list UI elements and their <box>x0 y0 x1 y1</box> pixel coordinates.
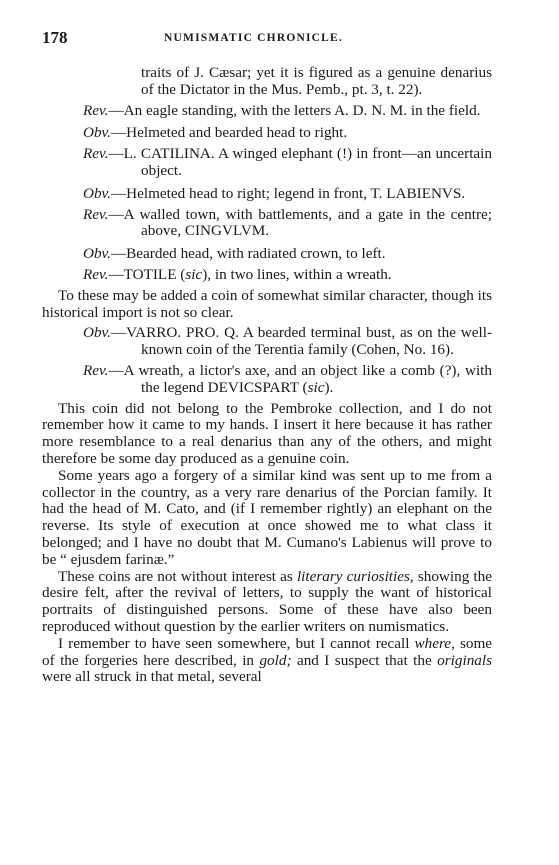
coin-entry: Rev.—L. CATILINA. A winged elephant (!) … <box>42 146 492 180</box>
paragraph: These coins are not without interest as … <box>42 569 492 636</box>
paragraph: I remember to have seen somewhere, but I… <box>42 636 492 686</box>
coin-entry: Obv.—VARRO. PRO. Q. A bearded terminal b… <box>42 325 492 359</box>
paragraph: This coin did not belong to the Pembroke… <box>42 401 492 468</box>
entry-text: ). <box>324 379 333 396</box>
italic-phrase: gold; <box>259 652 291 669</box>
page-body: traits of J. Cæsar; yet it is figured as… <box>42 65 492 686</box>
paragraph-text: were all struck in that metal, several <box>42 668 262 685</box>
paragraph: Some years ago a forgery of a similar ki… <box>42 468 492 569</box>
paragraph-text: These coins are not without interest as <box>58 568 297 585</box>
entry-text: —A walled town, with battlements, and a … <box>108 206 492 240</box>
entry-text: —Bearded head, with radiated crown, to l… <box>111 245 386 262</box>
entry-label: Rev. <box>83 362 108 379</box>
page-header: 178 NUMISMATIC CHRONICLE. <box>42 28 492 48</box>
entry-label: Obv. <box>83 185 111 202</box>
sic-italic: sic <box>185 266 202 283</box>
entry-label: Rev. <box>83 266 108 283</box>
entry-label: Rev. <box>83 145 108 162</box>
continuation-text: traits of J. Cæsar; yet it is figured as… <box>42 65 492 99</box>
coin-entry: Obv.—Bearded head, with radiated crown, … <box>42 246 492 263</box>
sic-italic: sic <box>308 379 325 396</box>
coin-entry: Obv.—Helmeted and bearded head to right. <box>42 125 492 142</box>
entry-label: Obv. <box>83 324 111 341</box>
entry-text: ), in two lines, within a wreath. <box>202 266 391 283</box>
coin-entry: Rev.—An eagle standing, with the letters… <box>42 103 492 120</box>
italic-phrase: where <box>415 635 452 652</box>
entry-text: —Helmeted and bearded head to right. <box>111 124 347 141</box>
entry-text: —A wreath, a lictor's axe, and an object… <box>108 362 492 396</box>
entry-text: —Helmeted head to right; legend in front… <box>111 185 465 202</box>
coin-entry: Rev.—A walled town, with battlements, an… <box>42 207 492 241</box>
coin-entry: Rev.—TOTILE (sic), in two lines, within … <box>42 267 492 284</box>
entry-label: Obv. <box>83 245 111 262</box>
page-number: 178 <box>42 28 68 48</box>
coin-entry: Rev.—A wreath, a lictor's axe, and an ob… <box>42 363 492 397</box>
entry-label: Obv. <box>83 124 111 141</box>
entry-text: —TOTILE ( <box>108 266 185 283</box>
paragraph-text: and I suspect that the <box>292 652 438 669</box>
coin-entry: Obv.—Helmeted head to right; legend in f… <box>42 186 492 203</box>
running-title: NUMISMATIC CHRONICLE. <box>164 32 343 44</box>
book-page: 178 NUMISMATIC CHRONICLE. traits of J. C… <box>0 0 559 865</box>
italic-phrase: originals <box>437 652 492 669</box>
italic-phrase: literary curiosities <box>297 568 410 585</box>
paragraph-text: I remember to have seen somewhere, but I… <box>58 635 415 652</box>
entry-text: —VARRO. PRO. Q. A bearded terminal bust,… <box>111 324 492 358</box>
intro-paragraph: To these may be added a coin of somewhat… <box>42 288 492 322</box>
entry-label: Rev. <box>83 206 108 223</box>
entry-text: —An eagle standing, with the letters A. … <box>108 102 480 119</box>
entry-text: —L. CATILINA. A winged elephant (!) in f… <box>108 145 492 179</box>
entry-label: Rev. <box>83 102 108 119</box>
